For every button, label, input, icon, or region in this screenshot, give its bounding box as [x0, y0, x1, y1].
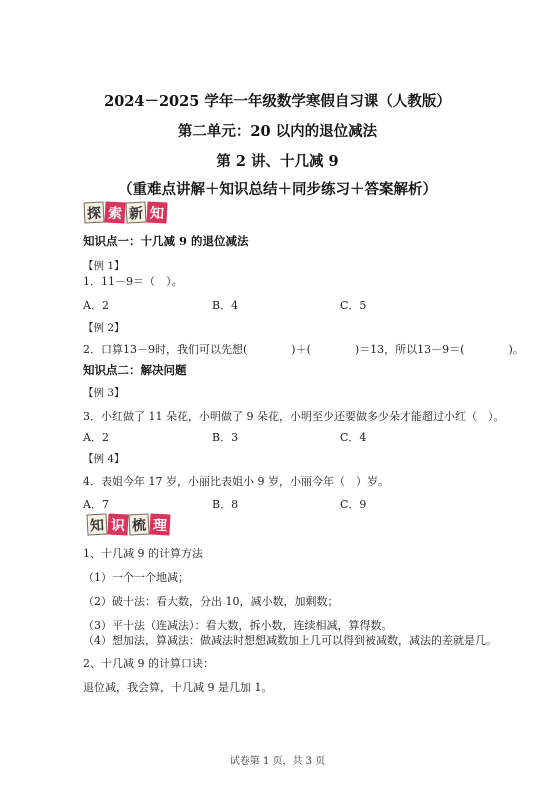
example-3-option-b: B．3	[212, 429, 238, 445]
summary-line: （1）一个一个地减；	[83, 569, 189, 585]
example-1-label: 【例 1】	[83, 258, 125, 273]
example-4-option-c: C．9	[340, 496, 366, 512]
badge-char: 索	[104, 201, 125, 223]
example-4-question: 4．表姐今年 17 岁，小丽比表姐小 9 岁，小丽今年（ ）岁。	[83, 473, 389, 489]
unit-title: 第二单元：20 以内的退位减法	[0, 120, 555, 141]
badge-char: 识	[107, 513, 128, 535]
example-3-option-c: C．4	[340, 429, 366, 445]
knowledge-summary-badge: 知 识 梳 理	[87, 514, 170, 535]
example-2-question: 2．口算13－9时，我们可以先想( )＋( )＝13，所以13－9＝( )。	[83, 341, 524, 357]
example-1-option-b: B．4	[212, 297, 238, 313]
explore-new-knowledge-badge: 探 索 新 知	[84, 202, 167, 223]
summary-line: （2）破十法：看大数，分出 10，减小数，加剩数；	[83, 593, 339, 609]
example-1-option-c: C．5	[340, 297, 366, 313]
example-2-label: 【例 2】	[83, 320, 125, 335]
knowledge-point-1-heading: 知识点一：十几减 9 的退位减法	[83, 233, 249, 249]
page-footer: 试卷第 1 页，共 3 页	[0, 752, 555, 767]
lesson-title: 第 2 讲、十几减 9	[0, 150, 555, 171]
summary-line: 1、十几减 9 的计算方法	[83, 545, 203, 561]
badge-char: 理	[149, 513, 170, 535]
example-1-option-a: A．2	[83, 297, 109, 313]
knowledge-point-2-heading: 知识点二：解决问题	[83, 362, 187, 378]
summary-line: （4）想加法，算减法：做减法时想想减数加上几可以得到被减数，减法的差就是几。	[83, 632, 497, 648]
badge-char: 探	[83, 201, 104, 223]
summary-line: 2、十几减 9 的计算口诀：	[83, 655, 214, 671]
summary-line: （3）平十法（连减法）：看大数，拆小数，连续相减，算得数。	[83, 617, 393, 633]
example-4-option-a: A．7	[83, 496, 109, 512]
badge-char: 知	[86, 513, 107, 535]
example-3-label: 【例 3】	[83, 385, 125, 400]
subtitle: （重难点讲解＋知识总结＋同步练习＋答案解析）	[0, 178, 555, 199]
example-1-question: 1．11－9＝（ ）。	[83, 273, 183, 289]
document-title: 2024－2025 学年一年级数学寒假自习课（人教版）	[0, 90, 555, 111]
example-3-question: 3．小红做了 11 朵花，小明做了 9 朵花，小明至少还要做多少朵才能超过小红（…	[83, 408, 504, 424]
summary-line: 退位减，我会算，十几减 9 是几加 1。	[83, 679, 273, 695]
example-4-option-b: B．8	[212, 496, 238, 512]
badge-char: 知	[146, 201, 167, 223]
badge-char: 新	[125, 201, 146, 223]
example-3-option-a: A．2	[83, 429, 109, 445]
example-4-label: 【例 4】	[83, 451, 125, 466]
badge-char: 梳	[128, 513, 149, 535]
